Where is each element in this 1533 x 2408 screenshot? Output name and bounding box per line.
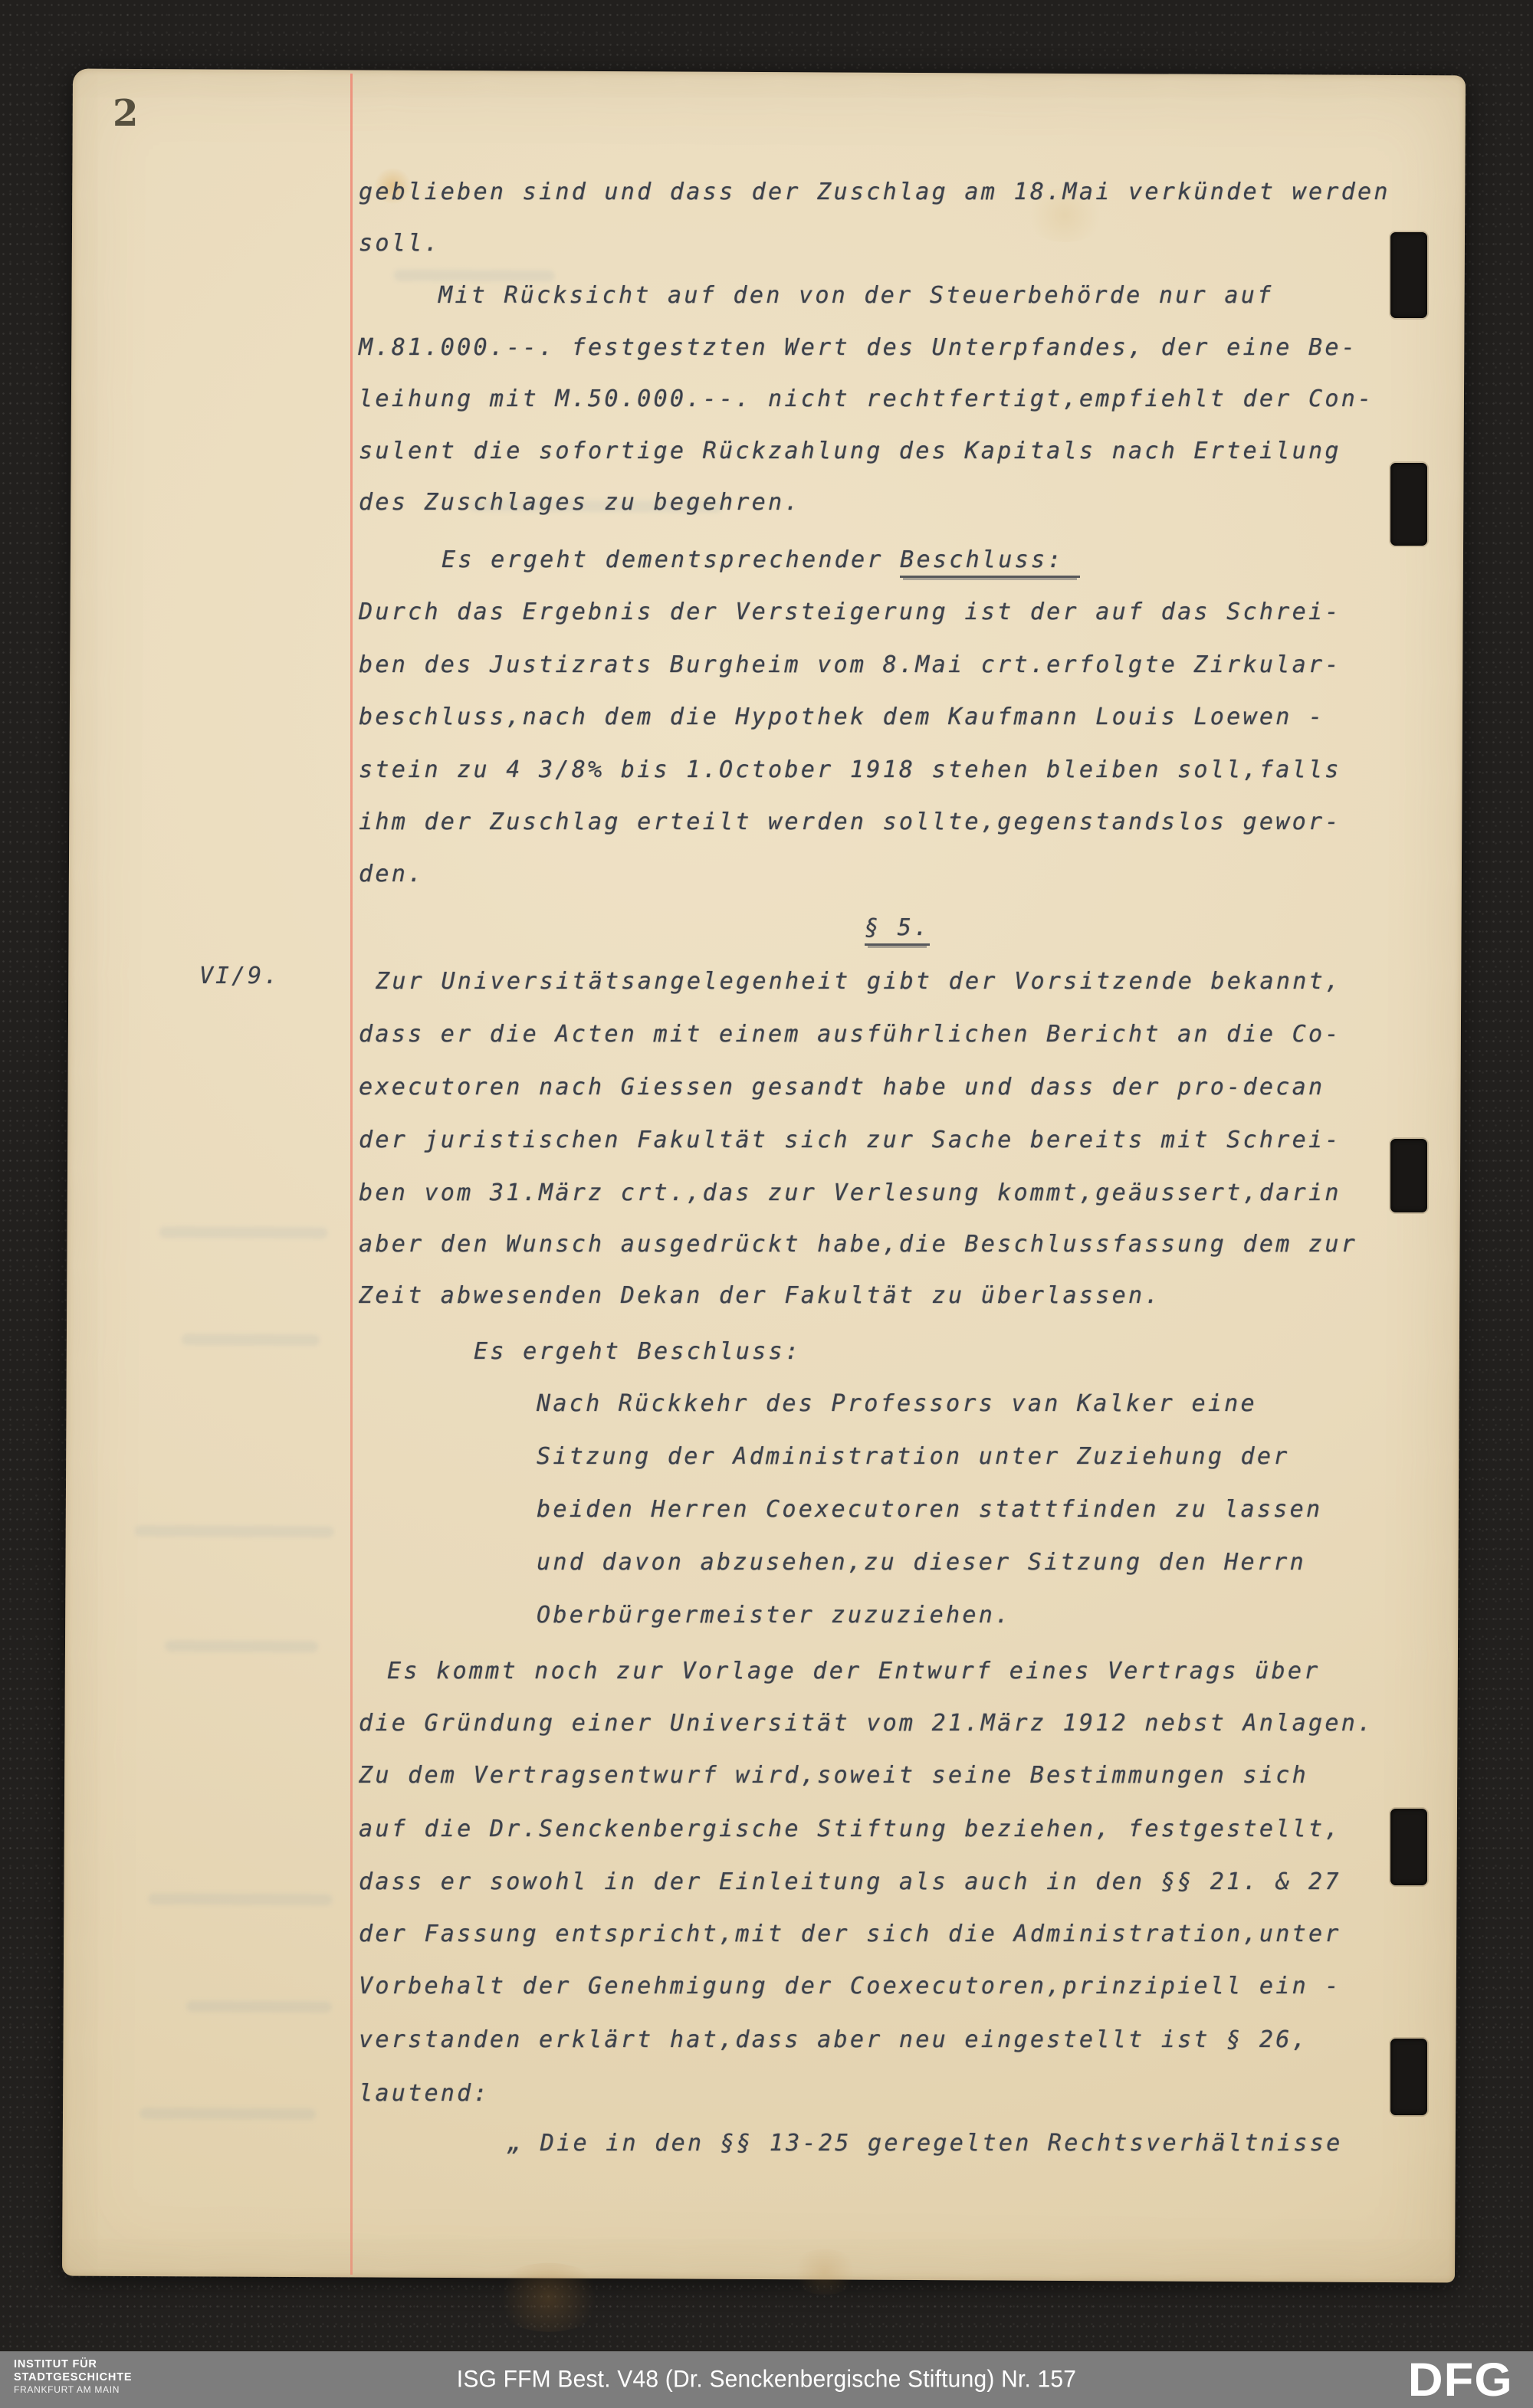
text-line: executoren nach Giessen gesandt habe und…	[359, 1073, 1325, 1102]
institute-city-line: FRANKFURT AM MAIN	[14, 2384, 132, 2396]
text-line: auf die Dr.Senckenbergische Stiftung bez…	[359, 1815, 1341, 1844]
text-line: beschluss,nach dem die Hypothek dem Kauf…	[359, 703, 1325, 732]
text-line: die Gründung einer Universität vom 21.Mä…	[359, 1709, 1374, 1738]
text-line: der Fassung entspricht,mit der sich die …	[359, 1920, 1341, 1949]
text-line: geblieben sind und dass der Zuschlag am …	[359, 178, 1390, 207]
institute-logo: INSTITUT FÜR STADTGESCHICHTE FRANKFURT A…	[14, 2358, 132, 2396]
punch-hole	[1390, 232, 1427, 318]
text-line: Es ergeht dementsprechender Beschluss:	[442, 546, 1080, 575]
text-line: lautend:	[359, 2079, 490, 2108]
dfg-logo: DFG	[1408, 2353, 1513, 2406]
punch-hole	[1390, 2039, 1427, 2115]
text-line: beiden Herren Coexecutoren stattfinden z…	[537, 1495, 1322, 1524]
punch-hole	[1390, 1139, 1427, 1212]
text-line: dass er die Acten mit einem ausführliche…	[359, 1020, 1341, 1049]
text-line: Es kommt noch zur Vorlage der Entwurf ei…	[387, 1657, 1321, 1686]
punch-hole	[1390, 1809, 1427, 1885]
text-line: Zeit abwesenden Dekan der Fakultät zu üb…	[359, 1281, 1161, 1311]
footer-bar: INSTITUT FÜR STADTGESCHICHTE FRANKFURT A…	[0, 2351, 1533, 2408]
institute-name-line: INSTITUT FÜR	[14, 2358, 132, 2371]
text-line: aber den Wunsch ausgedrückt habe,die Bes…	[359, 1230, 1357, 1259]
text-line: Mit Rücksicht auf den von der Steuerbehö…	[438, 281, 1273, 310]
text-line: „ Die in den §§ 13-25 geregelten Rechtsv…	[507, 2129, 1342, 2158]
text-line: ihm der Zuschlag erteilt werden sollte,g…	[359, 808, 1341, 837]
text-line: Oberbürgermeister zuzuziehen.	[537, 1601, 1011, 1630]
text-line: Durch das Ergebnis der Versteigerung ist…	[359, 598, 1341, 627]
text-line: verstanden erklärt hat,dass aber neu ein…	[359, 2026, 1308, 2055]
text-line: und davon abzusehen,zu dieser Sitzung de…	[537, 1548, 1306, 1577]
punch-hole	[1390, 463, 1427, 546]
text-line: M.81.000.--. festgestzten Wert des Unter…	[359, 333, 1357, 363]
section-heading: § 5.	[865, 914, 930, 943]
text-line: sulent die sofortige Rückzahlung des Kap…	[359, 437, 1341, 466]
text-line: Zur Universitätsangelegenheit gibt der V…	[376, 967, 1341, 996]
text-line: dass er sowohl in der Einleitung als auc…	[359, 1868, 1341, 1897]
text-line: ben vom 31.März crt.,das zur Verlesung k…	[359, 1179, 1341, 1208]
text-line: Sitzung der Administration unter Zuziehu…	[537, 1442, 1290, 1471]
institute-name-line: STADTGESCHICHTE	[14, 2371, 132, 2384]
archival-scan: 2 VI/9. geblieben sind und dass der Zusc…	[0, 0, 1533, 2408]
text-line: ben des Justizrats Burgheim vom 8.Mai cr…	[359, 651, 1341, 680]
archive-reference: ISG FFM Best. V48 (Dr. Senckenbergische …	[230, 2350, 1303, 2408]
text-line: Vorbehalt der Genehmigung der Coexecutor…	[359, 1972, 1341, 2001]
text-line: leihung mit M.50.000.--. nicht rechtfert…	[359, 385, 1374, 414]
typewritten-text: geblieben sind und dass der Zuschlag am …	[0, 0, 1533, 2408]
text-line: der juristischen Fakultät sich zur Sache…	[359, 1126, 1341, 1155]
text-line: soll.	[359, 229, 441, 258]
text-line: des Zuschlages zu begehren.	[359, 488, 801, 517]
text-line: Nach Rückkehr des Professors van Kalker …	[537, 1389, 1257, 1419]
text-line: stein zu 4 3/8% bis 1.October 1918 stehe…	[359, 756, 1341, 785]
text-line: Zu dem Vertragsentwurf wird,soweit seine…	[359, 1761, 1308, 1790]
text-line: Es ergeht Beschluss:	[474, 1337, 801, 1366]
text-line: den.	[359, 860, 424, 889]
